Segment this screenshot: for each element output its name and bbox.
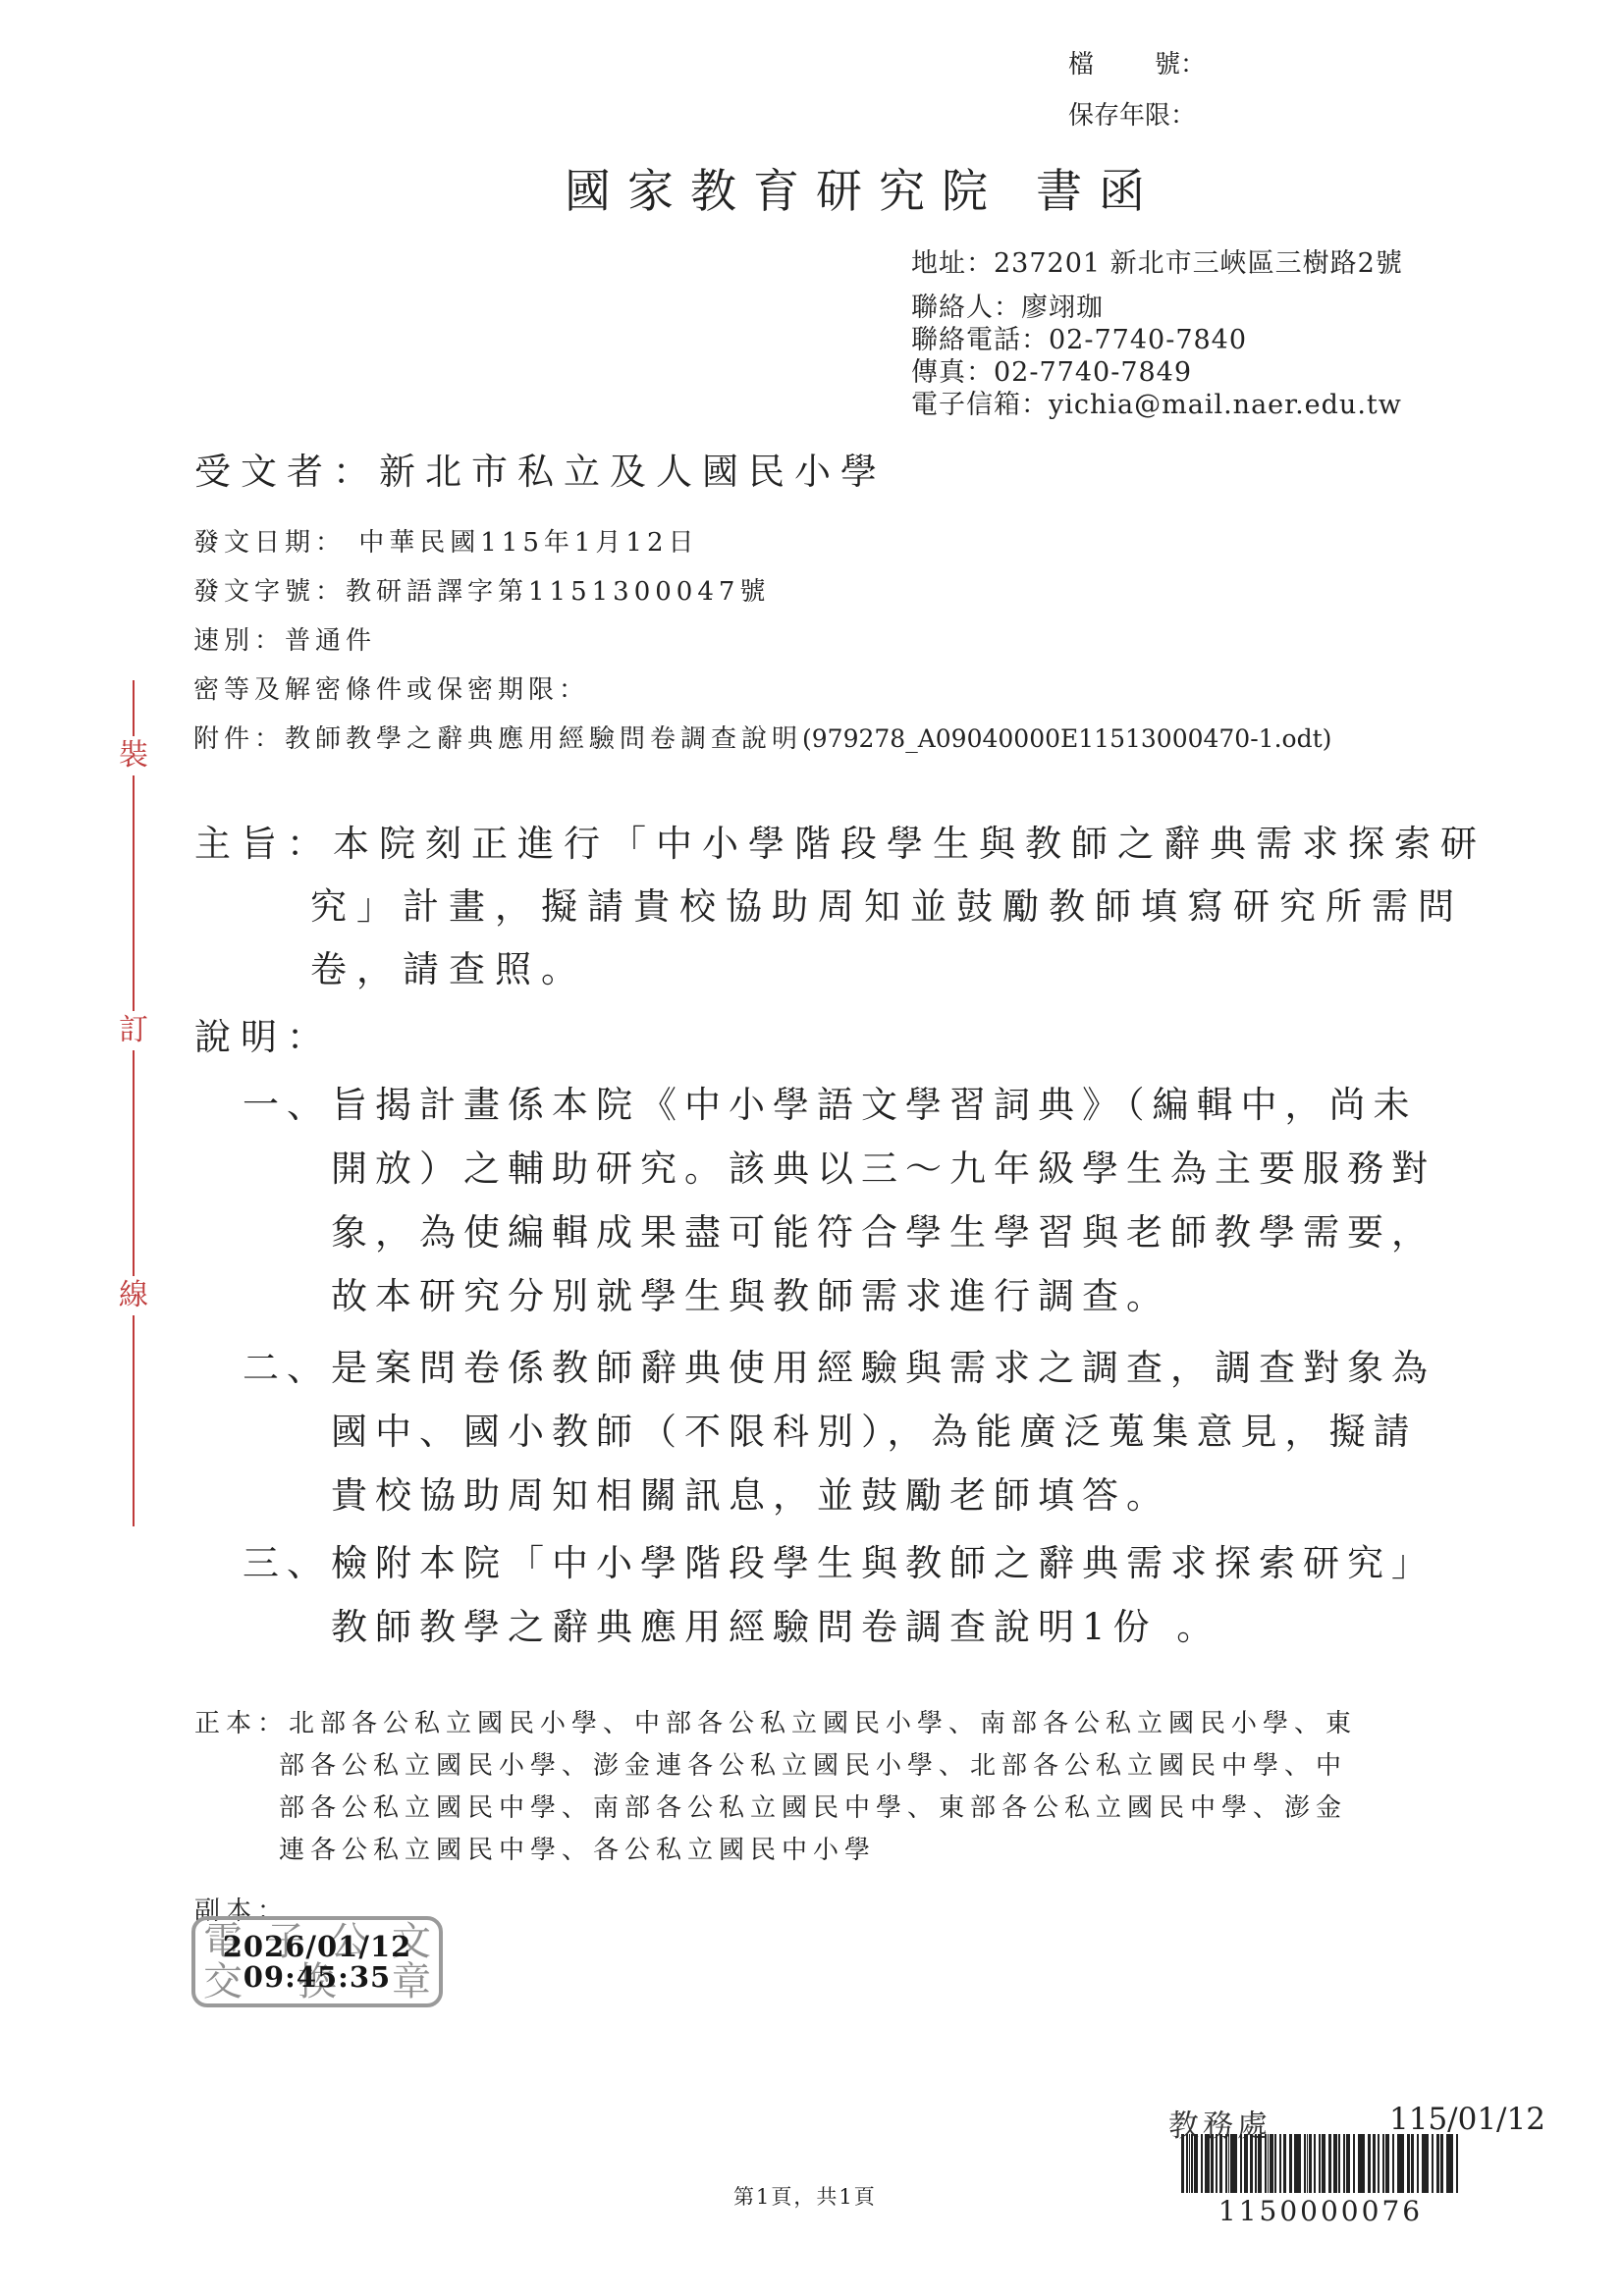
subject-block: 主旨：本院刻正進行「中小學階段學生與教師之辭典需求探索研 究」計畫，擬請貴校協助… xyxy=(194,813,1487,1001)
distribution-line: 部各公私立國民中學、南部各公私立國民中學、東部各公私立國民中學、澎金 xyxy=(279,1788,1357,1830)
distribution-line: 部各公私立國民小學、澎金連各公私立國民小學、北部各公私立國民中學、中 xyxy=(279,1745,1357,1788)
dept-date-annotation: 115/01/12 xyxy=(1389,2102,1545,2137)
contact-fax: 傳真：02-7740-7849 xyxy=(911,356,1403,389)
explanation-item-3: 三、檢附本院「中小學階段學生與教師之辭典需求探索研究」 教師教學之辭典應用經驗問… xyxy=(243,1531,1435,1659)
binding-char-xian: 線 xyxy=(117,1276,150,1315)
recipient-line: 受文者：新北市私立及人國民小學 xyxy=(194,442,887,495)
contact-email: 電子信箱：yichia@mail.naer.edu.tw xyxy=(911,389,1403,421)
file-number-row: 檔 號： xyxy=(1068,39,1206,90)
attachment-label-text: 附件：教師教學之辭典應用經驗問卷調查說明 xyxy=(193,724,802,754)
stamp-datetime: 2026/01/12 09:45:35 xyxy=(195,1920,439,2003)
speed-line: 速別：普通件 xyxy=(193,616,1331,666)
subject-line: 主旨：本院刻正進行「中小學階段學生與教師之辭典需求探索研 xyxy=(194,813,1487,876)
file-number-block: 檔 號： 保存年限： xyxy=(1068,39,1225,141)
page-number-footer: 第1頁，共1頁 xyxy=(733,2181,877,2211)
item-line: 故本研究分別就學生與教師需求進行調查。 xyxy=(331,1264,1435,1328)
issue-date-line: 發文日期： 中華民國115年1月12日 xyxy=(193,518,1331,567)
subject-line: 卷，請查照。 xyxy=(310,938,1487,1001)
item-line: 教師教學之辭典應用經驗問卷調查說明1份 。 xyxy=(331,1595,1435,1659)
binding-char-zhuang: 裝 xyxy=(117,736,150,775)
barcode-number: 1150000076 xyxy=(1181,2195,1460,2227)
file-number-char: 檔 xyxy=(1068,39,1094,90)
stamp-time: 09:45:35 xyxy=(243,1962,391,1993)
retention-label: 保存年限： xyxy=(1068,90,1225,141)
official-letter-page: 檔 號： 保存年限： 國家教育研究院 書函 地址：237201 新北市三峽區三樹… xyxy=(0,0,1623,2296)
stamp-date: 2026/01/12 xyxy=(223,1932,412,1962)
explanation-item-2: 二、是案問卷係教師辭典使用經驗與需求之調查，調查對象為 國中、國小教師（不限科別… xyxy=(243,1336,1435,1527)
distribution-block: 正本：北部各公私立國民小學、中部各公私立國民小學、南部各公私立國民小學、東 部各… xyxy=(194,1703,1357,1872)
item-line: 象，為使編輯成果盡可能符合學生學習與老師教學需要， xyxy=(331,1201,1435,1264)
contact-block: 地址：237201 新北市三峽區三樹路2號 聯絡人：廖翊珈 聯絡電話：02-77… xyxy=(911,247,1403,421)
attachment-filename: (979278_A09040000E11513000470-1.odt) xyxy=(802,724,1331,753)
item-line: 一、旨揭計畫係本院《中小學語文學習詞典》（編輯中，尚未 xyxy=(243,1073,1435,1137)
contact-address: 地址：237201 新北市三峽區三樹路2號 xyxy=(911,247,1403,280)
doc-number-line: 發文字號：教研語譯字第1151300047號 xyxy=(193,567,1331,616)
attachment-line: 附件：教師教學之辭典應用經驗問卷調查說明(979278_A09040000E11… xyxy=(193,715,1331,764)
binding-char-ding: 訂 xyxy=(117,1011,150,1050)
item-line: 國中、國小教師（不限科別），為能廣泛蒐集意見，擬請 xyxy=(331,1400,1435,1464)
meta-block: 發文日期： 中華民國115年1月12日 發文字號：教研語譯字第115130004… xyxy=(193,518,1331,764)
file-number-rest: 號： xyxy=(1155,39,1206,90)
explanation-item-1: 一、旨揭計畫係本院《中小學語文學習詞典》（編輯中，尚未 開放）之輔助研究。該典以… xyxy=(243,1073,1435,1328)
item-line: 開放）之輔助研究。該典以三～九年級學生為主要服務對 xyxy=(331,1137,1435,1201)
subject-line: 究」計畫，擬請貴校協助周知並鼓勵教師填寫研究所需問 xyxy=(310,876,1487,938)
security-line: 密等及解密條件或保密期限： xyxy=(193,666,1331,715)
contact-person: 聯絡人：廖翊珈 xyxy=(911,292,1403,324)
binding-line xyxy=(133,680,135,1526)
distribution-line: 正本：北部各公私立國民小學、中部各公私立國民小學、南部各公私立國民小學、東 xyxy=(194,1703,1357,1745)
item-line: 三、檢附本院「中小學階段學生與教師之辭典需求探索研究」 xyxy=(243,1531,1435,1595)
item-line: 二、是案問卷係教師辭典使用經驗與需求之調查，調查對象為 xyxy=(243,1336,1435,1400)
explanation-items: 一、旨揭計畫係本院《中小學語文學習詞典》（編輯中，尚未 開放）之輔助研究。該典以… xyxy=(243,1073,1435,1659)
document-title: 國家教育研究院 書函 xyxy=(565,155,1162,221)
contact-phone: 聯絡電話：02-7740-7840 xyxy=(911,324,1403,356)
item-line: 貴校協助周知相關訊息，並鼓勵老師填答。 xyxy=(331,1464,1435,1527)
barcode xyxy=(1181,2134,1460,2193)
distribution-line: 連各公私立國民中學、各公私立國民中小學 xyxy=(279,1830,1357,1872)
electronic-exchange-stamp: 電 子 公 文 交 換 章 2026/01/12 09:45:35 xyxy=(191,1916,443,2007)
explanation-label: 說明： xyxy=(194,1007,333,1060)
